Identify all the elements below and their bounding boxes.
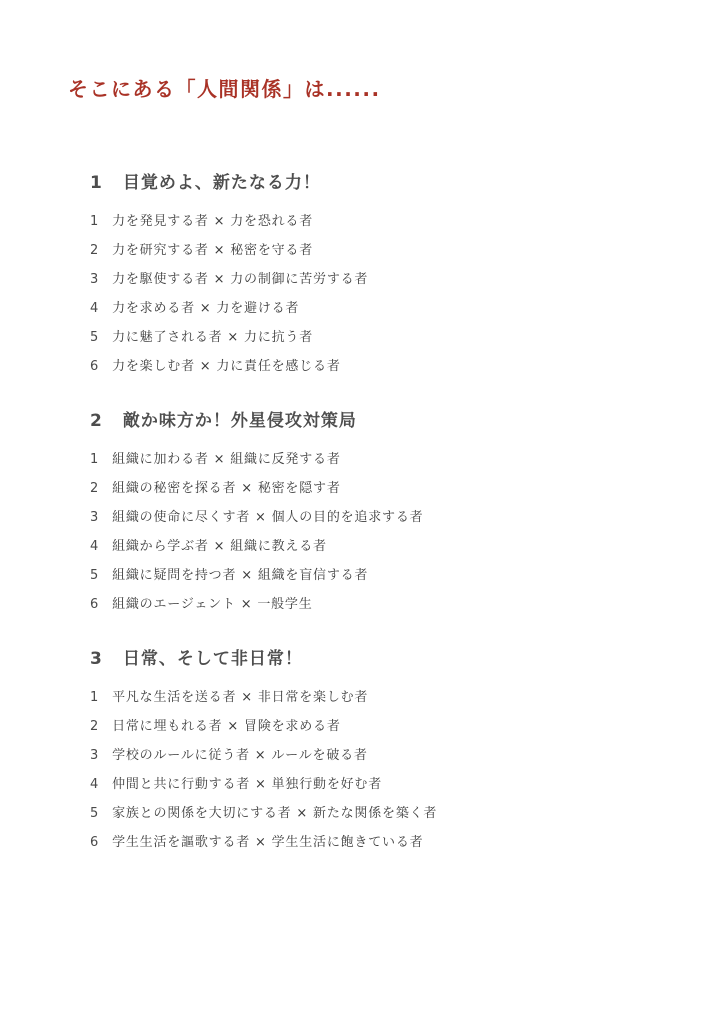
item-text: 力を研究する者 × 秘密を守る者 <box>112 244 313 258</box>
item-number: 1 <box>90 453 99 467</box>
section-number: 2 <box>90 410 103 432</box>
item-text: 力を駆使する者 × 力の制御に苦労する者 <box>112 273 368 287</box>
list-item: 6 学生生活を謳歌する者 × 学生生活に飽きている者 <box>90 836 684 850</box>
item-text: 組織に疑問を持つ者 × 組織を盲信する者 <box>112 569 368 583</box>
item-text: 力を楽しむ者 × 力に責任を感じる者 <box>112 360 341 374</box>
list-item: 3 学校のルールに従う者 × ルールを破る者 <box>90 749 684 763</box>
item-number: 1 <box>90 691 99 705</box>
page-title: そこにある「人間関係」は...... <box>68 76 724 102</box>
list-item: 5 家族との関係を大切にする者 × 新たな関係を築く者 <box>90 807 684 821</box>
item-number: 3 <box>90 511 99 525</box>
list-item: 1 力を発見する者 × 力を恐れる者 <box>90 215 684 229</box>
section-everyday-extraordinary: 3 日常、そして非日常！ 1 平凡な生活を送る者 × 非日常を楽しむ者 2 日常… <box>90 648 684 850</box>
item-text: 平凡な生活を送る者 × 非日常を楽しむ者 <box>112 691 368 705</box>
section-title: 日常、そして非日常！ <box>123 648 303 670</box>
item-number: 5 <box>90 331 99 345</box>
list-item: 6 組織のエージェント × 一般学生 <box>90 598 684 612</box>
item-number: 2 <box>90 720 99 734</box>
item-text: 組織から学ぶ者 × 組織に教える者 <box>112 540 327 554</box>
list-item: 5 組織に疑問を持つ者 × 組織を盲信する者 <box>90 569 684 583</box>
section-awaken-power: 1 目覚めよ、新たなる力！ 1 力を発見する者 × 力を恐れる者 2 力を研究す… <box>90 172 684 374</box>
item-text: 学生生活を謳歌する者 × 学生生活に飽きている者 <box>112 836 423 850</box>
item-text: 仲間と共に行動する者 × 単独行動を好む者 <box>112 778 382 792</box>
document-page: そこにある「人間関係」は...... 1 目覚めよ、新たなる力！ 1 力を発見す… <box>0 0 724 1024</box>
item-number: 6 <box>90 360 99 374</box>
sections-container: 1 目覚めよ、新たなる力！ 1 力を発見する者 × 力を恐れる者 2 力を研究す… <box>90 172 684 850</box>
list-item: 3 力を駆使する者 × 力の制御に苦労する者 <box>90 273 684 287</box>
item-text: 力に魅了される者 × 力に抗う者 <box>112 331 313 345</box>
item-text: 学校のルールに従う者 × ルールを破る者 <box>112 749 368 763</box>
list-item: 5 力に魅了される者 × 力に抗う者 <box>90 331 684 345</box>
item-list: 1 平凡な生活を送る者 × 非日常を楽しむ者 2 日常に埋もれる者 × 冒険を求… <box>90 691 684 850</box>
section-heading: 3 日常、そして非日常！ <box>90 648 684 670</box>
list-item: 4 仲間と共に行動する者 × 単独行動を好む者 <box>90 778 684 792</box>
section-title: 目覚めよ、新たなる力！ <box>123 172 321 194</box>
list-item: 1 平凡な生活を送る者 × 非日常を楽しむ者 <box>90 691 684 705</box>
item-number: 5 <box>90 569 99 583</box>
list-item: 4 力を求める者 × 力を避ける者 <box>90 302 684 316</box>
item-number: 6 <box>90 836 99 850</box>
item-text: 力を発見する者 × 力を恐れる者 <box>112 215 313 229</box>
section-heading: 2 敵か味方か！外星侵攻対策局 <box>90 410 684 432</box>
item-number: 2 <box>90 482 99 496</box>
section-number: 1 <box>90 172 103 194</box>
item-text: 組織の秘密を探る者 × 秘密を隠す者 <box>112 482 341 496</box>
list-item: 2 組織の秘密を探る者 × 秘密を隠す者 <box>90 482 684 496</box>
section-friend-or-foe: 2 敵か味方か！外星侵攻対策局 1 組織に加わる者 × 組織に反発する者 2 組… <box>90 410 684 612</box>
item-list: 1 組織に加わる者 × 組織に反発する者 2 組織の秘密を探る者 × 秘密を隠す… <box>90 453 684 612</box>
item-number: 4 <box>90 540 99 554</box>
section-heading: 1 目覚めよ、新たなる力！ <box>90 172 684 194</box>
list-item: 2 力を研究する者 × 秘密を守る者 <box>90 244 684 258</box>
item-list: 1 力を発見する者 × 力を恐れる者 2 力を研究する者 × 秘密を守る者 3 … <box>90 215 684 374</box>
item-number: 1 <box>90 215 99 229</box>
item-text: 力を求める者 × 力を避ける者 <box>112 302 299 316</box>
item-text: 日常に埋もれる者 × 冒険を求める者 <box>112 720 341 734</box>
item-number: 4 <box>90 778 99 792</box>
section-number: 3 <box>90 648 103 670</box>
section-title: 敵か味方か！外星侵攻対策局 <box>123 410 357 432</box>
list-item: 2 日常に埋もれる者 × 冒険を求める者 <box>90 720 684 734</box>
list-item: 1 組織に加わる者 × 組織に反発する者 <box>90 453 684 467</box>
item-text: 組織のエージェント × 一般学生 <box>112 598 312 612</box>
item-number: 5 <box>90 807 99 821</box>
item-number: 4 <box>90 302 99 316</box>
list-item: 6 力を楽しむ者 × 力に責任を感じる者 <box>90 360 684 374</box>
list-item: 3 組織の使命に尽くす者 × 個人の目的を追求する者 <box>90 511 684 525</box>
item-number: 2 <box>90 244 99 258</box>
item-text: 家族との関係を大切にする者 × 新たな関係を築く者 <box>112 807 437 821</box>
item-text: 組織に加わる者 × 組織に反発する者 <box>112 453 341 467</box>
item-text: 組織の使命に尽くす者 × 個人の目的を追求する者 <box>112 511 423 525</box>
item-number: 3 <box>90 273 99 287</box>
item-number: 3 <box>90 749 99 763</box>
list-item: 4 組織から学ぶ者 × 組織に教える者 <box>90 540 684 554</box>
item-number: 6 <box>90 598 99 612</box>
